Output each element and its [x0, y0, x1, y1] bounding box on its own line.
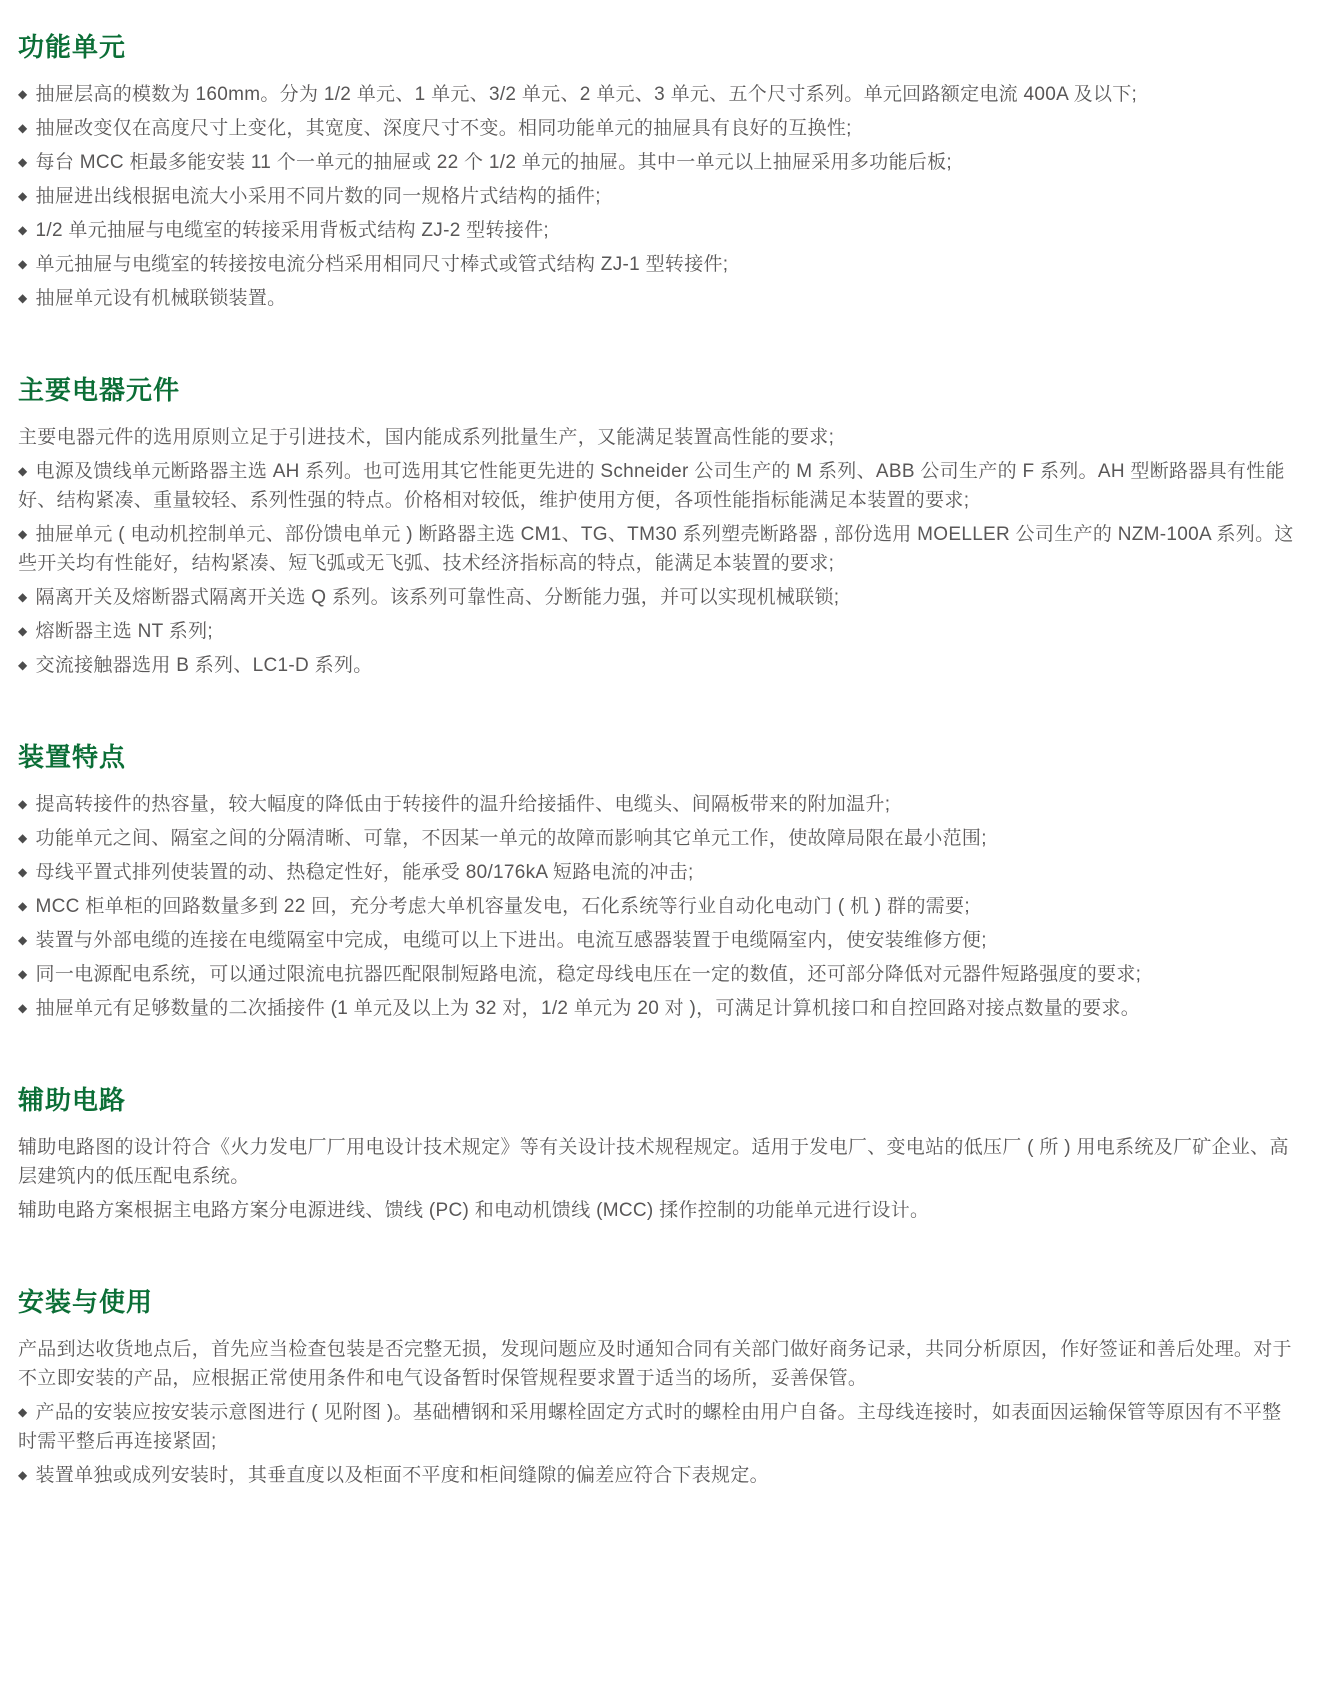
section-body: ◆抽屉层高的模数为 160mm。分为 1/2 单元、1 单元、3/2 单元、2 …	[18, 80, 1300, 313]
bullet-item: ◆抽屉单元设有机械联锁装置。	[18, 284, 1300, 313]
diamond-bullet-icon: ◆	[18, 148, 28, 177]
bullet-text: 母线平置式排列使装置的动、热稳定性好，能承受 80/176kA 短路电流的冲击;	[36, 862, 694, 883]
bullet-item: ◆抽屉单元 ( 电动机控制单元、部份馈电单元 ) 断路器主选 CM1、TG、TM…	[18, 520, 1300, 578]
bullet-text: MCC 柜单柜的回路数量多到 22 回，充分考虑大单机容量发电，石化系统等行业自…	[36, 896, 970, 917]
bullet-item: ◆同一电源配电系统，可以通过限流电抗器匹配限制短路电流，稳定母线电压在一定的数值…	[18, 960, 1300, 989]
section-installation-and-use: 安装与使用 产品到达收货地点后，首先应当检查包装是否完整无损，发现问题应及时通知…	[18, 1285, 1300, 1490]
diamond-bullet-icon: ◆	[18, 651, 28, 680]
diamond-bullet-icon: ◆	[18, 457, 28, 486]
bullet-item: ◆电源及馈线单元断路器主选 AH 系列。也可选用其它性能更先进的 Schneid…	[18, 457, 1300, 515]
bullet-item: ◆抽屉进出线根据电流大小采用不同片数的同一规格片式结构的插件;	[18, 182, 1300, 211]
diamond-bullet-icon: ◆	[18, 892, 28, 921]
bullet-text: 功能单元之间、隔室之间的分隔清晰、可靠，不因某一单元的故障而影响其它单元工作，使…	[36, 828, 987, 849]
bullet-list: ◆抽屉层高的模数为 160mm。分为 1/2 单元、1 单元、3/2 单元、2 …	[18, 80, 1300, 313]
bullet-list: ◆电源及馈线单元断路器主选 AH 系列。也可选用其它性能更先进的 Schneid…	[18, 457, 1300, 680]
bullet-item: ◆装置与外部电缆的连接在电缆隔室中完成，电缆可以上下进出。电流互感器装置于电缆隔…	[18, 926, 1300, 955]
bullet-text: 每台 MCC 柜最多能安装 11 个一单元的抽屉或 22 个 1/2 单元的抽屉…	[36, 152, 952, 173]
section-intro-paragraph: 主要电器元件的选用原则立足于引进技术，国内能成系列批量生产，又能满足装置高性能的…	[18, 423, 1300, 452]
section-paragraph: 辅助电路方案根据主电路方案分电源进线、馈线 (PC) 和电动机馈线 (MCC) …	[18, 1196, 1300, 1225]
section-body: ◆提高转接件的热容量，较大幅度的降低由于转接件的温升给接插件、电缆头、间隔板带来…	[18, 790, 1300, 1023]
diamond-bullet-icon: ◆	[18, 216, 28, 245]
section-body: 产品到达收货地点后，首先应当检查包装是否完整无损，发现问题应及时通知合同有关部门…	[18, 1335, 1300, 1490]
bullet-item: ◆功能单元之间、隔室之间的分隔清晰、可靠，不因某一单元的故障而影响其它单元工作，…	[18, 824, 1300, 853]
bullet-item: ◆提高转接件的热容量，较大幅度的降低由于转接件的温升给接插件、电缆头、间隔板带来…	[18, 790, 1300, 819]
diamond-bullet-icon: ◆	[18, 583, 28, 612]
diamond-bullet-icon: ◆	[18, 1398, 28, 1427]
diamond-bullet-icon: ◆	[18, 960, 28, 989]
bullet-item: ◆抽屉单元有足够数量的二次插接件 (1 单元及以上为 32 对，1/2 单元为 …	[18, 994, 1300, 1023]
diamond-bullet-icon: ◆	[18, 994, 28, 1023]
bullet-text: 单元抽屉与电缆室的转接按电流分档采用相同尺寸棒式或管式结构 ZJ-1 型转接件;	[36, 254, 729, 275]
section-title-device-features: 装置特点	[18, 740, 1300, 774]
bullet-text: 装置单独或成列安装时，其垂直度以及柜面不平度和柜间缝隙的偏差应符合下表规定。	[36, 1465, 769, 1486]
bullet-text: 交流接触器选用 B 系列、LC1-D 系列。	[36, 655, 373, 676]
diamond-bullet-icon: ◆	[18, 80, 28, 109]
bullet-text: 1/2 单元抽屉与电缆室的转接采用背板式结构 ZJ-2 型转接件;	[36, 220, 549, 241]
section-title-auxiliary-circuit: 辅助电路	[18, 1083, 1300, 1117]
bullet-item: ◆单元抽屉与电缆室的转接按电流分档采用相同尺寸棒式或管式结构 ZJ-1 型转接件…	[18, 250, 1300, 279]
section-title-main-electrical-components: 主要电器元件	[18, 373, 1300, 407]
bullet-text: 抽屉单元 ( 电动机控制单元、部份馈电单元 ) 断路器主选 CM1、TG、TM3…	[18, 524, 1294, 574]
bullet-item: ◆产品的安装应按安装示意图进行 ( 见附图 )。基础槽钢和采用螺栓固定方式时的螺…	[18, 1398, 1300, 1456]
document-page: 功能单元 ◆抽屉层高的模数为 160mm。分为 1/2 单元、1 单元、3/2 …	[0, 0, 1318, 1686]
section-body: 主要电器元件的选用原则立足于引进技术，国内能成系列批量生产，又能满足装置高性能的…	[18, 423, 1300, 680]
diamond-bullet-icon: ◆	[18, 520, 28, 549]
section-title-installation-and-use: 安装与使用	[18, 1285, 1300, 1319]
bullet-text: 电源及馈线单元断路器主选 AH 系列。也可选用其它性能更先进的 Schneide…	[18, 461, 1285, 511]
bullet-text: 抽屉改变仅在高度尺寸上变化，其宽度、深度尺寸不变。相同功能单元的抽屉具有良好的互…	[36, 118, 852, 139]
section-functional-units: 功能单元 ◆抽屉层高的模数为 160mm。分为 1/2 单元、1 单元、3/2 …	[18, 30, 1300, 313]
bullet-item: ◆抽屉改变仅在高度尺寸上变化，其宽度、深度尺寸不变。相同功能单元的抽屉具有良好的…	[18, 114, 1300, 143]
diamond-bullet-icon: ◆	[18, 790, 28, 819]
diamond-bullet-icon: ◆	[18, 617, 28, 646]
bullet-item: ◆隔离开关及熔断器式隔离开关选 Q 系列。该系列可靠性高、分断能力强，并可以实现…	[18, 583, 1300, 612]
bullet-text: 隔离开关及熔断器式隔离开关选 Q 系列。该系列可靠性高、分断能力强，并可以实现机…	[36, 587, 840, 608]
bullet-list: ◆提高转接件的热容量，较大幅度的降低由于转接件的温升给接插件、电缆头、间隔板带来…	[18, 790, 1300, 1023]
bullet-item: ◆装置单独或成列安装时，其垂直度以及柜面不平度和柜间缝隙的偏差应符合下表规定。	[18, 1461, 1300, 1490]
bullet-text: 装置与外部电缆的连接在电缆隔室中完成，电缆可以上下进出。电流互感器装置于电缆隔室…	[36, 930, 987, 951]
diamond-bullet-icon: ◆	[18, 1461, 28, 1490]
bullet-text: 产品的安装应按安装示意图进行 ( 见附图 )。基础槽钢和采用螺栓固定方式时的螺栓…	[18, 1402, 1281, 1452]
diamond-bullet-icon: ◆	[18, 926, 28, 955]
bullet-text: 提高转接件的热容量，较大幅度的降低由于转接件的温升给接插件、电缆头、间隔板带来的…	[36, 794, 891, 815]
bullet-text: 熔断器主选 NT 系列;	[36, 621, 213, 642]
bullet-text: 同一电源配电系统，可以通过限流电抗器匹配限制短路电流，稳定母线电压在一定的数值，…	[36, 964, 1142, 985]
diamond-bullet-icon: ◆	[18, 250, 28, 279]
bullet-text: 抽屉单元设有机械联锁装置。	[36, 288, 287, 309]
diamond-bullet-icon: ◆	[18, 284, 28, 313]
bullet-item: ◆1/2 单元抽屉与电缆室的转接采用背板式结构 ZJ-2 型转接件;	[18, 216, 1300, 245]
bullet-text: 抽屉单元有足够数量的二次插接件 (1 单元及以上为 32 对，1/2 单元为 2…	[36, 998, 1141, 1019]
bullet-item: ◆抽屉层高的模数为 160mm。分为 1/2 单元、1 单元、3/2 单元、2 …	[18, 80, 1300, 109]
section-intro-paragraph: 产品到达收货地点后，首先应当检查包装是否完整无损，发现问题应及时通知合同有关部门…	[18, 1335, 1300, 1393]
section-title-functional-units: 功能单元	[18, 30, 1300, 64]
bullet-item: ◆母线平置式排列使装置的动、热稳定性好，能承受 80/176kA 短路电流的冲击…	[18, 858, 1300, 887]
bullet-item: ◆交流接触器选用 B 系列、LC1-D 系列。	[18, 651, 1300, 680]
section-paragraph: 辅助电路图的设计符合《火力发电厂厂用电设计技术规定》等有关设计技术规程规定。适用…	[18, 1133, 1300, 1191]
section-main-electrical-components: 主要电器元件 主要电器元件的选用原则立足于引进技术，国内能成系列批量生产，又能满…	[18, 373, 1300, 680]
bullet-item: ◆每台 MCC 柜最多能安装 11 个一单元的抽屉或 22 个 1/2 单元的抽…	[18, 148, 1300, 177]
section-body: 辅助电路图的设计符合《火力发电厂厂用电设计技术规定》等有关设计技术规程规定。适用…	[18, 1133, 1300, 1225]
diamond-bullet-icon: ◆	[18, 182, 28, 211]
bullet-text: 抽屉层高的模数为 160mm。分为 1/2 单元、1 单元、3/2 单元、2 单…	[36, 84, 1138, 105]
section-auxiliary-circuit: 辅助电路 辅助电路图的设计符合《火力发电厂厂用电设计技术规定》等有关设计技术规程…	[18, 1083, 1300, 1225]
diamond-bullet-icon: ◆	[18, 858, 28, 887]
bullet-text: 抽屉进出线根据电流大小采用不同片数的同一规格片式结构的插件;	[36, 186, 601, 207]
diamond-bullet-icon: ◆	[18, 114, 28, 143]
bullet-list: ◆产品的安装应按安装示意图进行 ( 见附图 )。基础槽钢和采用螺栓固定方式时的螺…	[18, 1398, 1300, 1490]
bullet-item: ◆熔断器主选 NT 系列;	[18, 617, 1300, 646]
bullet-item: ◆MCC 柜单柜的回路数量多到 22 回，充分考虑大单机容量发电，石化系统等行业…	[18, 892, 1300, 921]
diamond-bullet-icon: ◆	[18, 824, 28, 853]
section-device-features: 装置特点 ◆提高转接件的热容量，较大幅度的降低由于转接件的温升给接插件、电缆头、…	[18, 740, 1300, 1023]
